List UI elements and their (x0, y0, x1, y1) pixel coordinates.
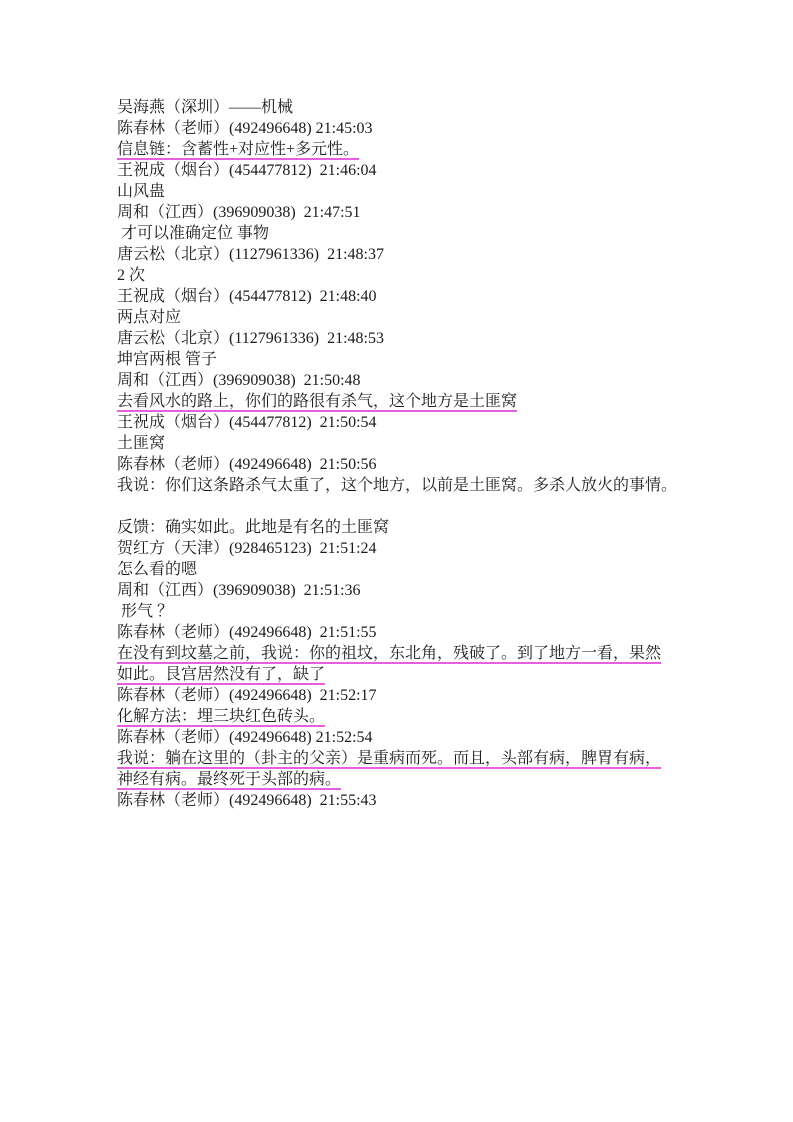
chat-line: 才可以准确定位 事物 (117, 223, 683, 244)
underlined-text: 化解方法：埋三块红色砖头。 (117, 708, 325, 725)
chat-line: 周和（江西）(396909038) 21:47:51 (117, 202, 683, 223)
chat-line: 如此。艮宫居然没有了，缺了 (117, 664, 683, 685)
chat-log: 吴海燕（深圳）——机械陈春林（老师）(492496648) 21:45:03信息… (117, 97, 683, 811)
chat-line: 王祝成（烟台）(454477812) 21:46:04 (117, 160, 683, 181)
underlined-text: 信息链：含蓄性+对应性+多元性。 (117, 141, 359, 158)
chat-line: 唐云松（北京）(1127961336) 21:48:37 (117, 244, 683, 265)
chat-line: 王祝成（烟台）(454477812) 21:50:54 (117, 412, 683, 433)
chat-line: 坤宫两根 管子 (117, 349, 683, 370)
underlined-text: 去看风水的路上，你们的路很有杀气，这个地方是土匪窝 (117, 393, 517, 410)
chat-line: 土匪窝 (117, 433, 683, 454)
underlined-text: 神经有病。最终死于头部的病。 (117, 771, 341, 788)
document-page: 吴海燕（深圳）——机械陈春林（老师）(492496648) 21:45:03信息… (0, 0, 793, 1122)
chat-line: 我说：躺在这里的（卦主的父亲）是重病而死。而且，头部有病，脾胃有病， (117, 748, 683, 769)
chat-line: 在没有到坟墓之前，我说：你的祖坟，东北角，残破了。到了地方一看，果然 (117, 643, 683, 664)
underlined-text: 我说：躺在这里的（卦主的父亲）是重病而死。而且，头部有病，脾胃有病， (117, 750, 661, 767)
chat-line: 王祝成（烟台）(454477812) 21:48:40 (117, 286, 683, 307)
chat-line: 怎么看的嗯 (117, 559, 683, 580)
chat-line: 两点对应 (117, 307, 683, 328)
chat-line: 陈春林（老师）(492496648) 21:52:17 (117, 685, 683, 706)
chat-line: 山风蛊 (117, 181, 683, 202)
chat-line: 贺红方（天津）(928465123) 21:51:24 (117, 538, 683, 559)
chat-line: 信息链：含蓄性+对应性+多元性。 (117, 139, 683, 160)
chat-line (117, 496, 683, 517)
chat-line: 周和（江西）(396909038) 21:51:36 (117, 580, 683, 601)
underlined-text: 如此。艮宫居然没有了，缺了 (117, 666, 325, 683)
chat-line: 陈春林（老师）(492496648) 21:55:43 (117, 790, 683, 811)
chat-line: 我说：你们这条路杀气太重了，这个地方，以前是土匪窝。多杀人放火的事情。 (117, 475, 683, 496)
chat-line: 周和（江西）(396909038) 21:50:48 (117, 370, 683, 391)
chat-line: 陈春林（老师）(492496648) 21:52:54 (117, 727, 683, 748)
chat-line: 唐云松（北京）(1127961336) 21:48:53 (117, 328, 683, 349)
chat-line: 吴海燕（深圳）——机械 (117, 97, 683, 118)
chat-line: 神经有病。最终死于头部的病。 (117, 769, 683, 790)
chat-line: 化解方法：埋三块红色砖头。 (117, 706, 683, 727)
chat-line: 形气 ？ (117, 601, 683, 622)
chat-line: 去看风水的路上，你们的路很有杀气，这个地方是土匪窝 (117, 391, 683, 412)
chat-line: 陈春林（老师）(492496648) 21:45:03 (117, 118, 683, 139)
chat-line: 陈春林（老师）(492496648) 21:51:55 (117, 622, 683, 643)
chat-line: 2 次 (117, 265, 683, 286)
chat-line: 陈春林（老师）(492496648) 21:50:56 (117, 454, 683, 475)
chat-line: 反馈：确实如此。此地是有名的土匪窝 (117, 517, 683, 538)
underlined-text: 在没有到坟墓之前，我说：你的祖坟，东北角，残破了。到了地方一看，果然 (117, 645, 661, 662)
